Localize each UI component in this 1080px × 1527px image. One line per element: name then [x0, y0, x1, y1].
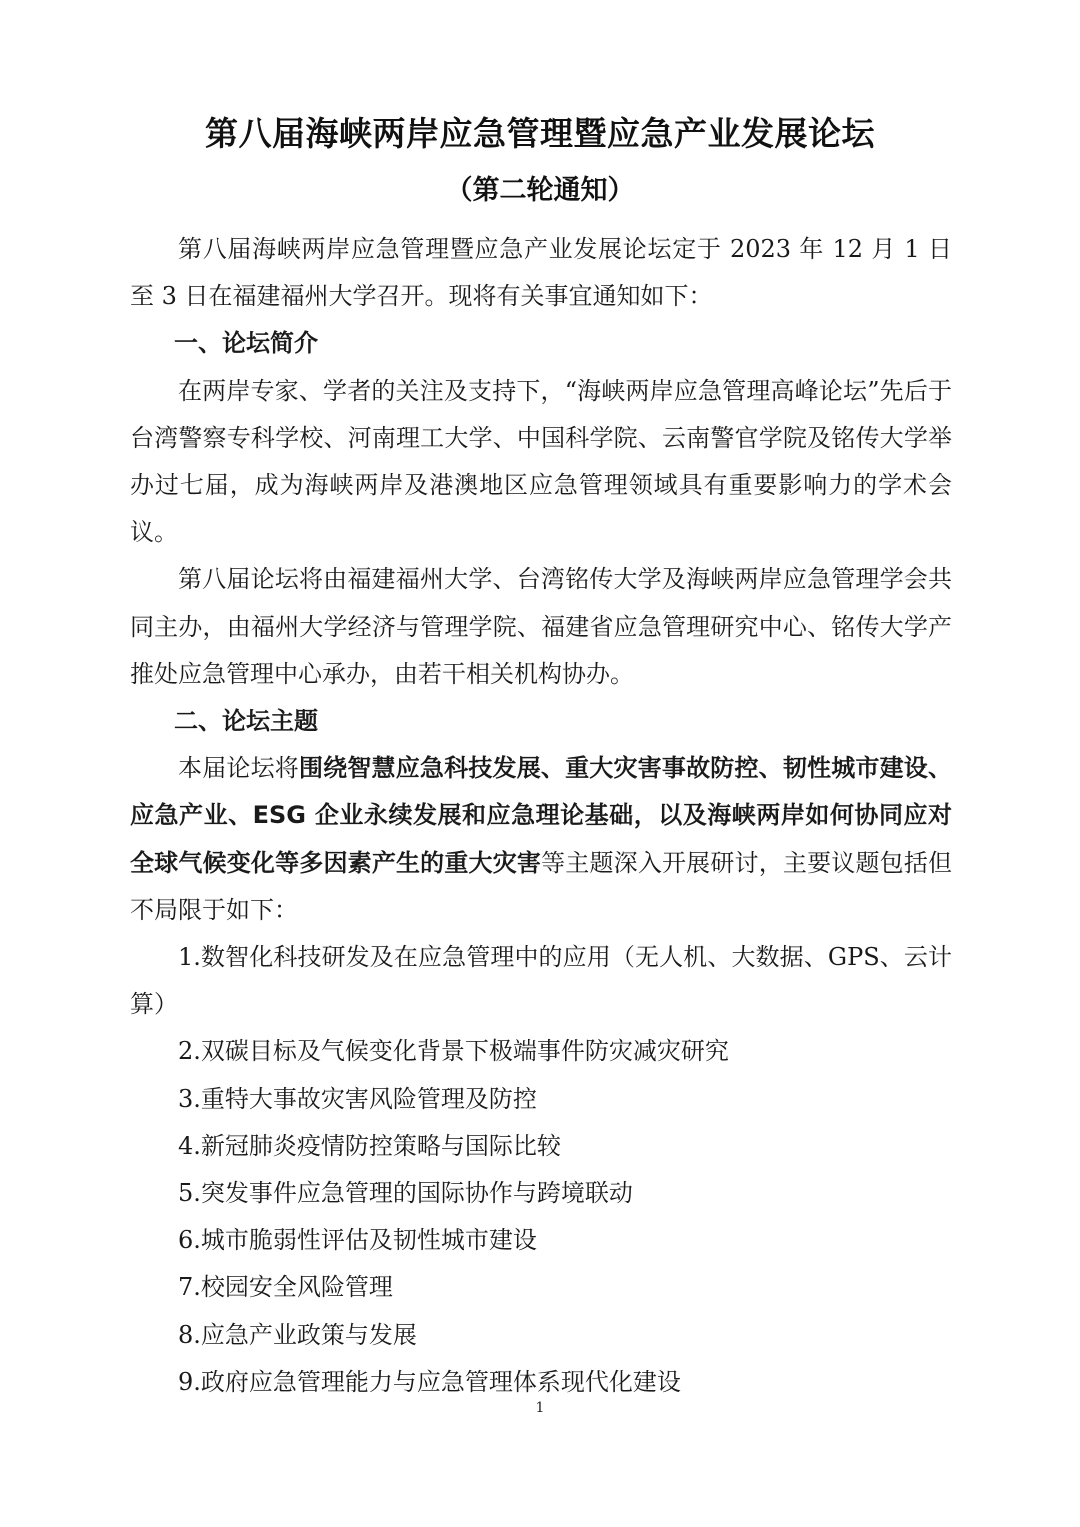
theme-prefix: 本届论坛将	[178, 754, 299, 782]
document-page: 第八届海峡两岸应急管理暨应急产业发展论坛 （第二轮通知） 第八届海峡两岸应急管理…	[0, 0, 1080, 1527]
topic-item: 3.重特大事故灾害风险管理及防控	[130, 1076, 952, 1123]
document-title: 第八届海峡两岸应急管理暨应急产业发展论坛	[0, 108, 1080, 155]
topic-item: 8.应急产业政策与发展	[130, 1312, 952, 1359]
topic-item: 1.数智化科技研发及在应急管理中的应用（无人机、大数据、GPS、云计算）	[130, 934, 952, 1028]
document-body: 第八届海峡两岸应急管理暨应急产业发展论坛定于 2023 年 12 月 1 日至 …	[130, 226, 952, 1406]
document-subtitle: （第二轮通知）	[0, 168, 1080, 207]
topic-item: 6.城市脆弱性评估及韧性城市建设	[130, 1217, 952, 1264]
page-number: 1	[0, 1400, 1080, 1416]
section-heading-intro: 一、论坛简介	[130, 320, 952, 367]
paragraph: 在两岸专家、学者的关注及支持下，“海峡两岸应急管理高峰论坛”先后于台湾警察专科学…	[130, 368, 952, 557]
intro-paragraph: 第八届海峡两岸应急管理暨应急产业发展论坛定于 2023 年 12 月 1 日至 …	[130, 226, 952, 320]
theme-paragraph: 本届论坛将围绕智慧应急科技发展、重大灾害事故防控、韧性城市建设、应急产业、ESG…	[130, 745, 952, 934]
paragraph: 第八届论坛将由福建福州大学、台湾铭传大学及海峡两岸应急管理学会共同主办，由福州大…	[130, 556, 952, 698]
topic-item: 5.突发事件应急管理的国际协作与跨境联动	[130, 1170, 952, 1217]
topic-item: 2.双碳目标及气候变化背景下极端事件防灾减灾研究	[130, 1028, 952, 1075]
topic-item: 9.政府应急管理能力与应急管理体系现代化建设	[130, 1359, 952, 1406]
topic-item: 7.校园安全风险管理	[130, 1264, 952, 1311]
topic-item: 4.新冠肺炎疫情防控策略与国际比较	[130, 1123, 952, 1170]
section-heading-theme: 二、论坛主题	[130, 698, 952, 745]
